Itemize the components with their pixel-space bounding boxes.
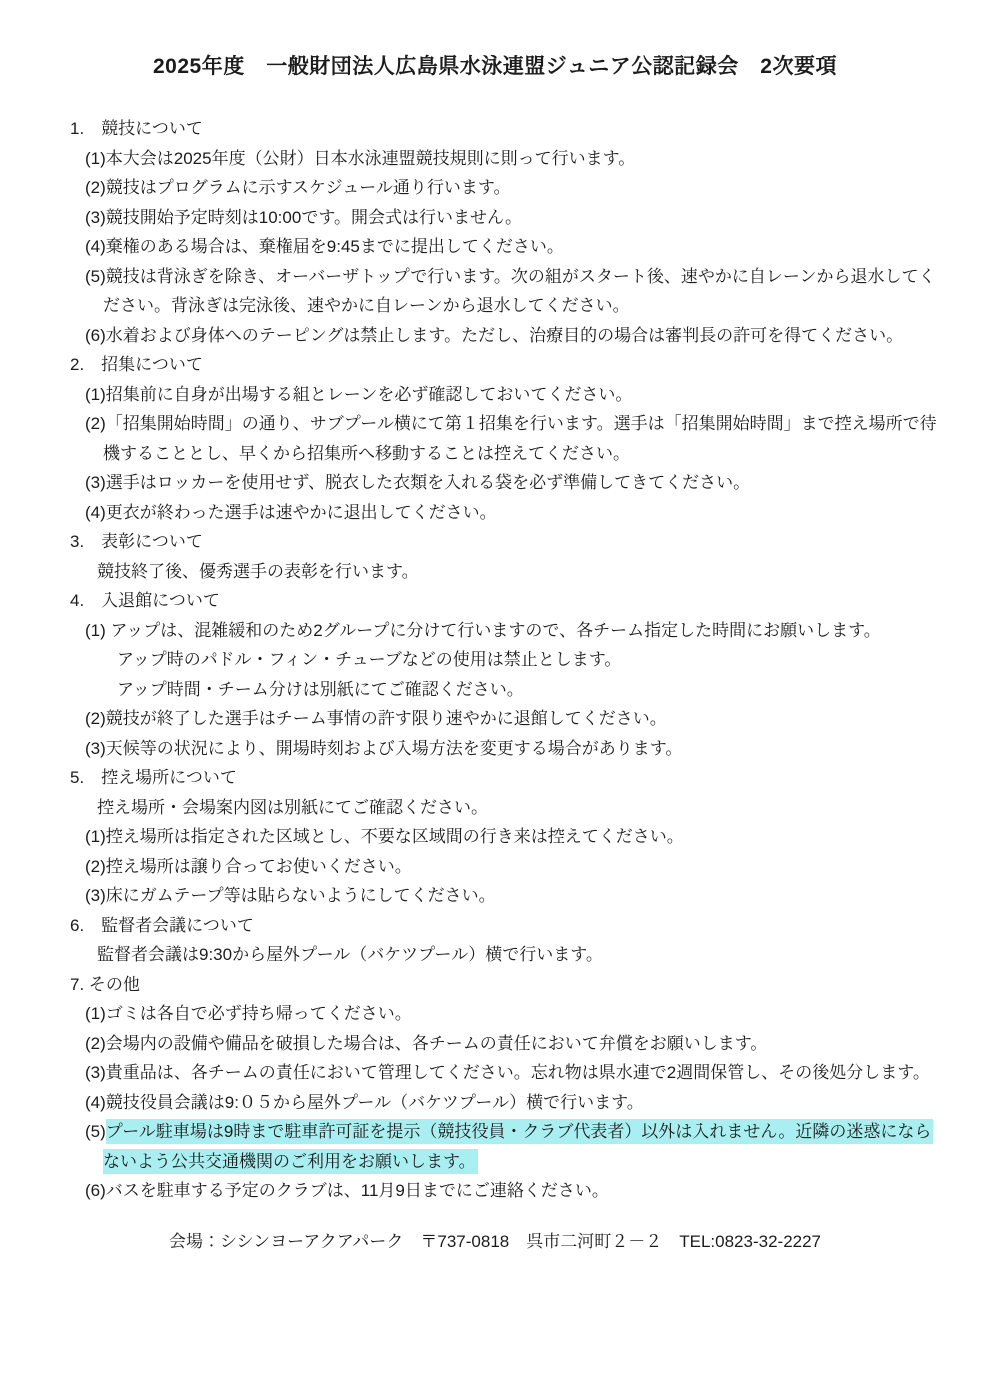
line-text: 機することとし、早くから招集所へ移動することは控えてください。 (103, 444, 630, 463)
line-text: (2)「招集開始時間」の通り、サブプール横にて第１招集を行います。選手は「招集開… (85, 414, 937, 433)
text-line: (5)プール駐車場は9時まで駐車許可証を提示（競技役員・クラブ代表者）以外は入れ… (70, 1117, 945, 1147)
text-line: (3)選手はロッカーを使用せず、脱衣した衣類を入れる袋を必ず準備してきてください… (70, 468, 945, 498)
line-text: 4. 入退館について (70, 591, 220, 610)
highlighted-text: プール駐車場は9時まで駐車許可証を提示（競技役員・クラブ代表者）以外は入れません… (106, 1119, 934, 1144)
section-heading: 2. 招集について (70, 350, 945, 380)
line-text: (4)競技役員会議は9:０５から屋外プール（バケツプール）横で行います。 (85, 1093, 644, 1112)
line-text: (1)本大会は2025年度（公財）日本水泳連盟競技規則に則って行います。 (85, 149, 635, 168)
text-line: (2)控え場所は譲り合ってお使いください。 (70, 852, 945, 882)
line-text: (6)バスを駐車する予定のクラブは、11月9日までにご連絡ください。 (85, 1181, 609, 1200)
text-line: (4)競技役員会議は9:０５から屋外プール（バケツプール）横で行います。 (70, 1088, 945, 1118)
document-title: 2025年度 一般財団法人広島県水泳連盟ジュニア公認記録会 2次要項 (0, 52, 990, 82)
line-text: 2. 招集について (70, 355, 203, 374)
text-line: (2)会場内の設備や備品を破損した場合は、各チームの責任において弁償をお願いしま… (70, 1029, 945, 1059)
line-text: (2)控え場所は譲り合ってお使いください。 (85, 857, 412, 876)
document-body: 1. 競技について(1)本大会は2025年度（公財）日本水泳連盟競技規則に則って… (70, 114, 945, 1206)
text-line: (4)更衣が終わった選手は速やかに退出してください。 (70, 498, 945, 528)
line-text: (3)貴重品は、各チームの責任において管理してください。忘れ物は県水連で2週間保… (85, 1063, 930, 1082)
line-text: (4)更衣が終わった選手は速やかに退出してください。 (85, 503, 497, 522)
highlighted-text: ないよう公共交通機関のご利用をお願いします。 (103, 1149, 478, 1174)
item-number: (5) (85, 1122, 106, 1141)
text-line: (2)競技が終了した選手はチーム事情の許す限り速やかに退館してください。 (70, 704, 945, 734)
line-text: (6)水着および身体へのテーピングは禁止します。ただし、治療目的の場合は審判長の… (85, 326, 903, 345)
text-line: (1)控え場所は指定された区域とし、不要な区域間の行き来は控えてください。 (70, 822, 945, 852)
text-line: アップ時のパドル・フィン・チューブなどの使用は禁止とします。 (70, 645, 945, 675)
text-line: (2)「招集開始時間」の通り、サブプール横にて第１招集を行います。選手は「招集開… (70, 409, 945, 439)
text-line: 監督者会議は9:30から屋外プール（バケツプール）横で行います。 (70, 940, 945, 970)
line-text: 競技終了後、優秀選手の表彰を行います。 (97, 562, 419, 581)
line-text: 5. 控え場所について (70, 768, 237, 787)
line-text: ださい。背泳ぎは完泳後、速やかに自レーンから退水してください。 (103, 296, 630, 315)
text-line: (1)招集前に自身が出場する組とレーンを必ず確認しておいてください。 (70, 380, 945, 410)
line-text: (1)ゴミは各自で必ず持ち帰ってください。 (85, 1004, 412, 1023)
line-text: 控え場所・会場案内図は別紙にてご確認ください。 (97, 798, 488, 817)
line-text: (2)競技はプログラムに示すスケジュール通り行います。 (85, 178, 511, 197)
text-line: (3)貴重品は、各チームの責任において管理してください。忘れ物は県水連で2週間保… (70, 1058, 945, 1088)
line-text: アップ時間・チーム分けは別紙にてご確認ください。 (117, 680, 524, 699)
line-text: (4)棄権のある場合は、棄権届を9:45までに提出してください。 (85, 237, 564, 256)
text-line: ないよう公共交通機関のご利用をお願いします。 (70, 1147, 945, 1177)
document-page: 2025年度 一般財団法人広島県水泳連盟ジュニア公認記録会 2次要項 1. 競技… (0, 0, 990, 1400)
line-text: (2)会場内の設備や備品を破損した場合は、各チームの責任において弁償をお願いしま… (85, 1034, 767, 1053)
text-line: (6)バスを駐車する予定のクラブは、11月9日までにご連絡ください。 (70, 1176, 945, 1206)
line-text: (3)競技開始予定時刻は10:00です。開会式は行いません。 (85, 208, 522, 227)
line-text: (2)競技が終了した選手はチーム事情の許す限り速やかに退館してください。 (85, 709, 667, 728)
section-heading: 6. 監督者会議について (70, 911, 945, 941)
section-heading: 1. 競技について (70, 114, 945, 144)
text-line: (3)天候等の状況により、開場時刻および入場方法を変更する場合があります。 (70, 734, 945, 764)
venue-footer: 会場：シシンヨーアクアパーク 〒737-0818 呉市二河町２－２ TEL:08… (0, 1227, 990, 1257)
line-text: (3)天候等の状況により、開場時刻および入場方法を変更する場合があります。 (85, 739, 682, 758)
line-text: (3)選手はロッカーを使用せず、脱衣した衣類を入れる袋を必ず準備してきてください… (85, 473, 750, 492)
line-text: アップ時のパドル・フィン・チューブなどの使用は禁止とします。 (117, 650, 621, 669)
text-line: (3)競技開始予定時刻は10:00です。開会式は行いません。 (70, 203, 945, 233)
text-line: (1)ゴミは各自で必ず持ち帰ってください。 (70, 999, 945, 1029)
text-line: (5)競技は背泳ぎを除き、オーバーザトップで行います。次の組がスタート後、速やか… (70, 262, 945, 292)
line-text: (1)招集前に自身が出場する組とレーンを必ず確認しておいてください。 (85, 385, 632, 404)
text-line: (6)水着および身体へのテーピングは禁止します。ただし、治療目的の場合は審判長の… (70, 321, 945, 351)
line-text: 6. 監督者会議について (70, 916, 254, 935)
section-heading: 3. 表彰について (70, 527, 945, 557)
text-line: (1)本大会は2025年度（公財）日本水泳連盟競技規則に則って行います。 (70, 144, 945, 174)
section-heading: 4. 入退館について (70, 586, 945, 616)
text-line: 競技終了後、優秀選手の表彰を行います。 (70, 557, 945, 587)
line-text: (1) アップは、混雑緩和のため2グループに分けて行いますので、各チーム指定した… (85, 621, 881, 640)
text-line: (3)床にガムテープ等は貼らないようにしてください。 (70, 881, 945, 911)
section-heading: 7. その他 (70, 970, 945, 1000)
line-text: 1. 競技について (70, 119, 203, 138)
line-text: 3. 表彰について (70, 532, 203, 551)
text-line: ださい。背泳ぎは完泳後、速やかに自レーンから退水してください。 (70, 291, 945, 321)
text-line: アップ時間・チーム分けは別紙にてご確認ください。 (70, 675, 945, 705)
text-line: 機することとし、早くから招集所へ移動することは控えてください。 (70, 439, 945, 469)
line-text: (5)競技は背泳ぎを除き、オーバーザトップで行います。次の組がスタート後、速やか… (85, 267, 936, 286)
line-text: 監督者会議は9:30から屋外プール（バケツプール）横で行います。 (97, 945, 603, 964)
line-text: (3)床にガムテープ等は貼らないようにしてください。 (85, 886, 496, 905)
text-line: (1) アップは、混雑緩和のため2グループに分けて行いますので、各チーム指定した… (70, 616, 945, 646)
line-text: 7. その他 (70, 975, 140, 994)
line-text: (1)控え場所は指定された区域とし、不要な区域間の行き来は控えてください。 (85, 827, 684, 846)
text-line: (4)棄権のある場合は、棄権届を9:45までに提出してください。 (70, 232, 945, 262)
text-line: 控え場所・会場案内図は別紙にてご確認ください。 (70, 793, 945, 823)
section-heading: 5. 控え場所について (70, 763, 945, 793)
text-line: (2)競技はプログラムに示すスケジュール通り行います。 (70, 173, 945, 203)
